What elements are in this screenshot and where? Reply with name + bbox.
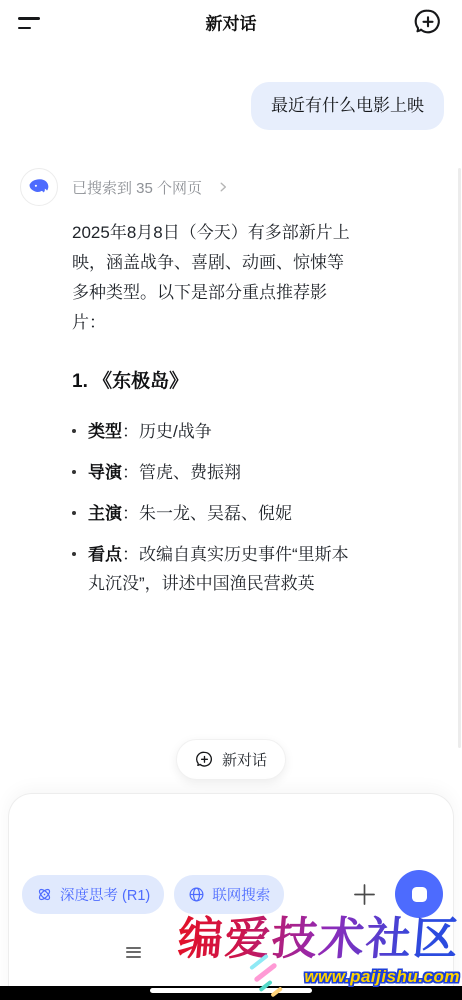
atom-icon xyxy=(36,886,53,903)
chevron-right-icon xyxy=(216,180,230,194)
page-title: 新对话 xyxy=(206,10,257,35)
search-status-row[interactable]: 已搜索到 35 个网页 xyxy=(0,168,462,206)
movie-detail-list: 类型：历史/战争 导演：管虎、费振翔 主演：朱一龙、吴磊、倪妮 看点：改编自真实… xyxy=(72,417,354,598)
scrollbar[interactable] xyxy=(458,168,461,748)
composer-controls: 深度思考 (R1) 联网搜索 xyxy=(22,870,443,918)
deep-think-toggle[interactable]: 深度思考 (R1) xyxy=(22,875,164,914)
plus-icon xyxy=(351,881,378,908)
menu-bar xyxy=(18,27,31,30)
new-chat-icon[interactable] xyxy=(412,6,444,38)
user-message-bubble: 最近有什么电影上映 xyxy=(251,82,444,130)
bullet-label: 主演 xyxy=(88,504,122,523)
menu-icon[interactable] xyxy=(18,15,44,29)
bullet-value: 历史/战争 xyxy=(139,422,212,441)
bullet-value: 朱一龙、吴磊、倪妮 xyxy=(139,504,292,523)
bullet-value: 管虎、费振翔 xyxy=(139,463,241,482)
bullet-dot xyxy=(72,511,76,515)
globe-icon xyxy=(188,886,205,903)
new-chat-button-label: 新对话 xyxy=(222,749,267,770)
bullet-colon: ： xyxy=(122,463,139,482)
watermark-title: 编爱技术社区 xyxy=(138,912,462,966)
assistant-avatar xyxy=(20,168,58,206)
header: 新对话 xyxy=(0,0,462,44)
list-item: 类型：历史/战争 xyxy=(72,417,354,446)
list-item: 导演：管虎、费振翔 xyxy=(72,458,354,487)
menu-bar xyxy=(18,17,40,20)
bullet-dot xyxy=(72,470,76,474)
system-bar xyxy=(0,986,462,1000)
answer-intro: 2025年8月8日（今天）有多部新片上映，涵盖战争、喜剧、动画、惊悚等多种类型。… xyxy=(72,218,354,338)
list-item: 看点：改编自真实历史事件“里斯本丸沉没”，讲述中国渔民营救英 xyxy=(72,540,354,598)
bullet-label: 类型 xyxy=(88,422,122,441)
attach-plus-button[interactable] xyxy=(349,879,379,909)
bullet-label: 导演 xyxy=(88,463,122,482)
bullet-dot xyxy=(72,552,76,556)
new-chat-button[interactable]: 新对话 xyxy=(176,739,286,780)
app-screen: 新对话 最近有什么电影上映 已搜索到 35 个网页 xyxy=(0,0,462,1000)
home-indicator[interactable] xyxy=(150,988,312,993)
bullet-colon: ： xyxy=(122,422,139,441)
web-search-label: 联网搜索 xyxy=(212,884,270,905)
deepseek-whale-icon xyxy=(26,174,52,200)
chat-bubble-plus-icon xyxy=(195,750,214,769)
stop-generating-button[interactable] xyxy=(395,870,443,918)
watermark: 编爱技术社区 www.paijishu.com xyxy=(140,912,460,987)
assistant-message: 已搜索到 35 个网页 2025年8月8日（今天）有多部新片上映，涵盖战争、喜剧… xyxy=(0,168,462,598)
user-message-row: 最近有什么电影上映 xyxy=(0,44,462,130)
search-status-text: 已搜索到 35 个网页 xyxy=(72,177,202,198)
list-item: 主演：朱一龙、吴磊、倪妮 xyxy=(72,499,354,528)
watermark-url: www.paijishu.com xyxy=(140,967,460,987)
stop-square-icon xyxy=(412,887,427,902)
deep-think-label: 深度思考 (R1) xyxy=(60,884,150,905)
bullet-colon: ： xyxy=(122,545,139,564)
bullet-label: 看点 xyxy=(88,545,122,564)
bullet-colon: ： xyxy=(122,504,139,523)
web-search-toggle[interactable]: 联网搜索 xyxy=(174,875,284,914)
assistant-answer: 2025年8月8日（今天）有多部新片上映，涵盖战争、喜剧、动画、惊悚等多种类型。… xyxy=(0,206,374,598)
bullet-dot xyxy=(72,429,76,433)
movie-heading: 1. 《东极岛》 xyxy=(72,366,354,393)
